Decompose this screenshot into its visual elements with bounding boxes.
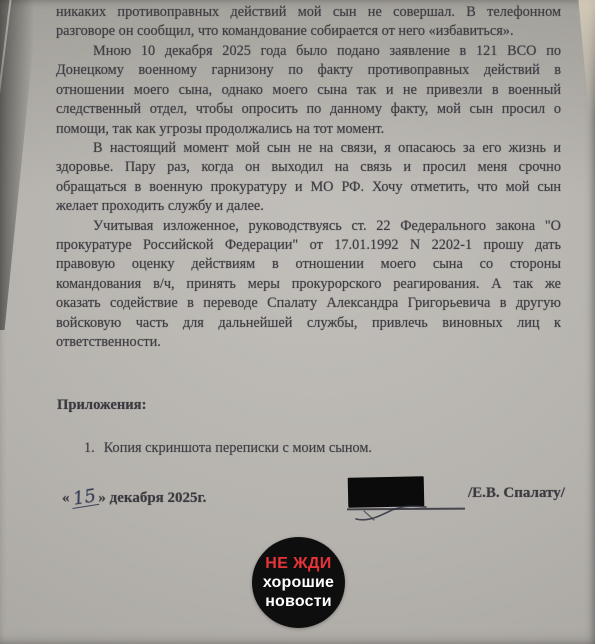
paper-right-edge-light	[573, 0, 595, 135]
text-line: прокуратуре Российской Федерации" от 17.…	[56, 236, 561, 255]
handwritten-day: 15	[69, 488, 98, 509]
text-line: В настоящий момент мой сын не на связи, …	[56, 139, 561, 158]
signature-redaction-box	[348, 476, 425, 508]
text-line: Учитывая изложенное, руководствуясь ст. …	[56, 217, 561, 236]
text-line: отношении моего сына, однако моего сына …	[56, 81, 561, 100]
stamp-line-2: хорошие	[263, 573, 334, 593]
attachment-item-number: 1.	[84, 440, 95, 456]
text-line: Мною 10 декабря 2025 года было подано за…	[56, 42, 561, 61]
stamp-line-1: НЕ ЖДИ	[265, 554, 331, 573]
document-text: никаких противоправных действий мой сын …	[56, 3, 561, 353]
text-line: правовую оценку действиям в отношении мо…	[56, 255, 561, 274]
paper-crease-highlight	[0, 0, 12, 294]
attachment-item: 1.Копия скриншота переписки с моим сыном…	[84, 440, 372, 457]
text-line: разговоре он сообщил, что командование с…	[56, 22, 561, 41]
text-line: здоровье. Пару раз, когда он выходил на …	[56, 158, 561, 177]
text-line: войсковую часть для дальнейшей службы, п…	[56, 314, 561, 333]
date-text: декабря 2025г.	[106, 490, 207, 506]
document-photo: никаких противоправных действий мой сын …	[0, 0, 595, 644]
attachments-heading: Приложения:	[57, 397, 146, 414]
text-line: помощи, так как угрозы продолжались на т…	[56, 120, 561, 139]
text-line: желает проходить службу и далее.	[56, 197, 561, 216]
text-line: командования в/ч, принять меры прокурорс…	[56, 275, 561, 294]
text-line: Донецкому военному гарнизону по факту пр…	[56, 61, 561, 80]
attachment-item-text: Копия скриншота переписки с моим сыном.	[104, 440, 372, 456]
stamp-line-3: новости	[265, 592, 332, 612]
channel-stamp: НЕ ЖДИ хорошие новости	[252, 537, 345, 628]
text-line: ответственности.	[56, 333, 561, 352]
text-line: никаких противоправных действий мой сын …	[56, 3, 561, 22]
paper-left-edge-shadow	[0, 0, 38, 330]
text-line: следственный отдел, чтобы опросить по да…	[56, 100, 561, 119]
signature-name: /Е.В. Спалату/	[468, 485, 565, 502]
date-line: «15» декабря 2025г.	[62, 489, 206, 507]
date-close-quote: »	[98, 490, 106, 506]
signature-line	[347, 508, 465, 511]
date-open-quote: «	[62, 490, 70, 506]
text-line: обращаться в военную прокуратуру и МО РФ…	[56, 178, 561, 197]
text-line: оказать содействие в переводе Спалату Ал…	[56, 294, 561, 313]
